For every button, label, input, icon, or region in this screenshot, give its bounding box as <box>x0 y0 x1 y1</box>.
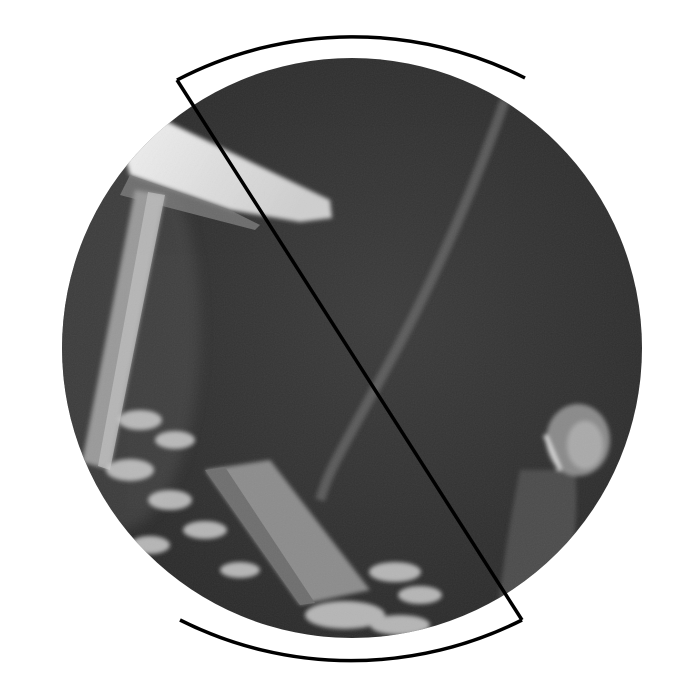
artwork <box>0 0 700 700</box>
